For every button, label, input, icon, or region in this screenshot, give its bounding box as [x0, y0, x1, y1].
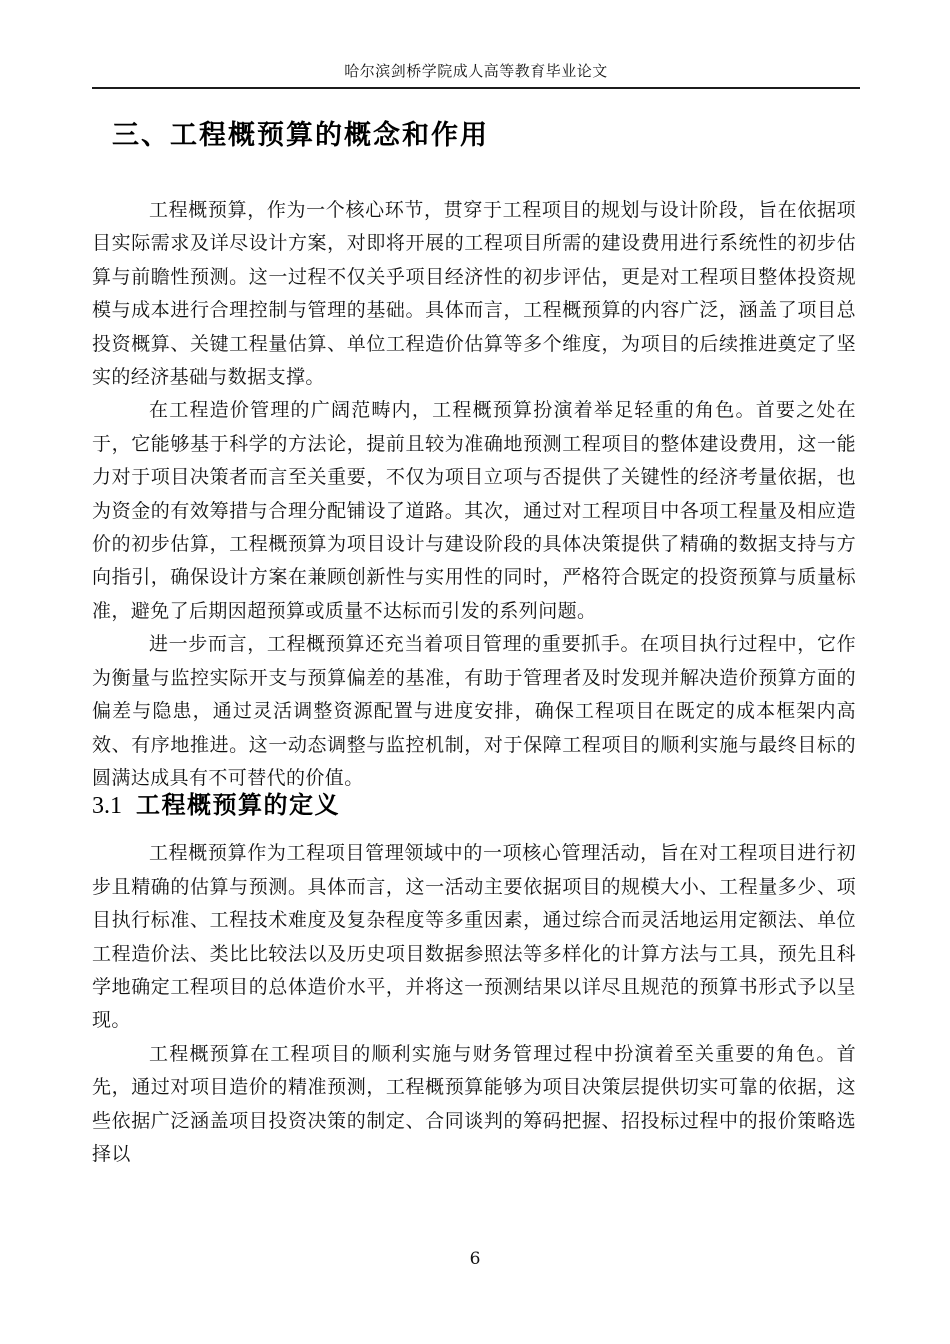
page-number: 6 [470, 1249, 481, 1269]
body-paragraph: 工程概预算，作为一个核心环节，贯穿于工程项目的规划与设计阶段，旨在依据项目实际需… [92, 194, 856, 394]
running-header-title: 哈尔滨剑桥学院成人高等教育毕业论文 [92, 61, 860, 87]
body-paragraph: 工程概预算在工程项目的顺利实施与财务管理过程中扮演着至关重要的角色。首先，通过对… [92, 1038, 856, 1172]
page-content: 三、工程概预算的概念和作用 工程概预算，作为一个核心环节，贯穿于工程项目的规划与… [92, 89, 856, 1171]
body-paragraph: 在工程造价管理的广阔范畴内，工程概预算扮演着举足轻重的角色。首要之处在于，它能够… [92, 394, 856, 628]
body-paragraph: 进一步而言，工程概预算还充当着项目管理的重要抓手。在项目执行过程中，它作为衡量与… [92, 628, 856, 795]
document-page: 哈尔滨剑桥学院成人高等教育毕业论文 三、工程概预算的概念和作用 工程概预算，作为… [0, 0, 950, 1344]
section-heading: 3.1工程概预算的定义 [92, 791, 856, 821]
section-number: 3.1 [92, 793, 122, 819]
page-footer: 6 [0, 1248, 950, 1270]
body-paragraph: 工程概预算作为工程项目管理领域中的一项核心管理活动，旨在对工程项目进行初步且精确… [92, 837, 856, 1037]
section-title: 工程概预算的定义 [136, 792, 340, 819]
running-header: 哈尔滨剑桥学院成人高等教育毕业论文 [92, 0, 860, 89]
chapter-heading: 三、工程概预算的概念和作用 [92, 118, 856, 153]
